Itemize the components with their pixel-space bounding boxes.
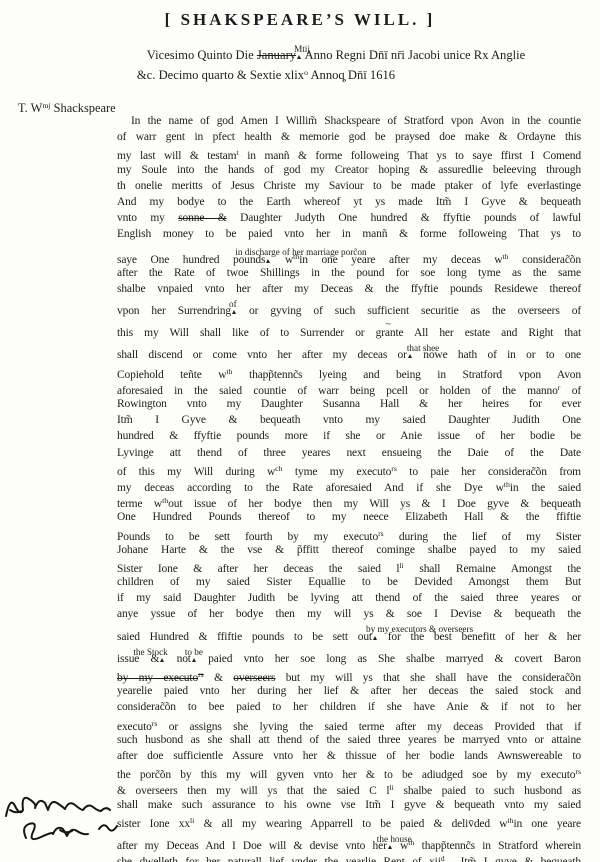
will-text-line: of this my Will during wch tyme my execu… [117, 461, 581, 477]
will-text-line: And my bodye to the Earth whereof yt ys … [117, 194, 581, 210]
superscript-text: d [441, 854, 445, 862]
will-text-line: children of my saied Sister Equallie to … [117, 574, 581, 590]
superscript-text: rs [152, 719, 158, 728]
struck-out-text: January [257, 48, 296, 62]
will-text-line: Pounds to be sett fourth by my executors… [117, 526, 581, 542]
will-text-line: shall make such assurance to his owne vs… [117, 797, 581, 813]
date-heading-line-2: &c. Decimo quarto & Sextie xlixo Annoq̧ … [0, 64, 566, 82]
will-text-line: aforesaied in the saied countie of warr … [117, 380, 581, 396]
struck-out-text: by my executo [117, 672, 198, 684]
superscript-text: mj [42, 101, 50, 110]
will-text-line: terme wthout issue of her bodye then my … [117, 493, 581, 509]
superscript-text: rs [391, 464, 397, 473]
will-text-line: she dwelleth for her naturall lief vnder… [117, 851, 581, 862]
superscript-text: o [304, 68, 308, 77]
superscript-text: th [162, 496, 168, 505]
date-heading: Vicesimo Quinto Die JanuaryMtij Anno Reg… [0, 46, 600, 82]
interlinear-text: of [229, 299, 237, 309]
superscript-text: rs [378, 529, 384, 538]
interlinear-text: the house [377, 834, 412, 844]
will-text-line: In the name of god Amen I Willim̃ Shacks… [117, 113, 581, 129]
caret-icon [192, 658, 196, 662]
interlinear-text: the Stock [133, 647, 167, 657]
will-text-line: saye One hundred poundsin discharge of h… [117, 249, 581, 265]
interlinear-text: that shee [407, 343, 439, 353]
will-text-line: executors or assigns she lyving the saie… [117, 716, 581, 732]
will-text-line: Lyvinge att thend of three yeares next e… [117, 445, 581, 461]
will-text-line: Rowington vnto my Daughter Susanna Hall … [117, 396, 581, 412]
handwritten-margin-note [0, 784, 120, 860]
will-text-line: Copiehold teñte wth thapp̃tennc̃s lyeing… [117, 364, 581, 380]
caret-icon [266, 259, 270, 263]
interlinear-insertion: by my executors & overseers [372, 629, 378, 645]
will-text-line: issue &the Stock notto be paied vnto her… [117, 651, 581, 667]
will-text-line: the porc̃õn by this my will gyven vnto h… [117, 764, 581, 780]
will-text-line: Itm̃ I Gyve & bequeath vnto my saied Dau… [117, 412, 581, 428]
caret-icon [408, 354, 412, 358]
document-title: [ SHAKSPEARE’S WILL. ] [0, 10, 600, 30]
date-heading-line-1: Vicesimo Quinto Die JanuaryMtij Anno Reg… [36, 46, 600, 64]
interlinear-insertion: the Stock [159, 651, 165, 667]
superscript-text: th [502, 252, 508, 261]
struck-out-text: sonne & [178, 212, 226, 224]
handwriting-scrawl-icon [0, 784, 120, 860]
caret-icon [373, 636, 377, 640]
interlinear-insertion: to be [191, 651, 197, 667]
will-body-text: In the name of god Amen I Willim̃ Shacks… [117, 113, 581, 862]
superscript-text: th [504, 480, 510, 489]
interlinear-insertion: of [231, 303, 237, 319]
will-text-line: anye yssue of her bodye then my will ys … [117, 606, 581, 622]
will-text-line: English money to be paied vnto her in ma… [117, 226, 581, 242]
will-text-line: vnto my sonne & Daughter Judyth One hund… [117, 210, 581, 226]
will-text-line: considerac̃õn to bee paied to her childr… [117, 699, 581, 715]
struck-out-text: overseers [233, 672, 275, 684]
caret-icon [388, 845, 392, 849]
will-text-line: hundred & ffyftie pounds more if she or … [117, 428, 581, 444]
superscript-text: th [226, 367, 232, 376]
will-text-line: after the Rate of twoe Shillings in the … [117, 265, 581, 281]
superscript-text: li [190, 816, 194, 825]
interlinear-text: to be [185, 647, 203, 657]
will-text-line: by my executors & overseers but my will … [117, 667, 581, 683]
superscript-text: li [389, 783, 393, 792]
abbreviation-mark-text: an [385, 327, 396, 339]
interlinear-text: Mtij [294, 44, 310, 54]
struck-superscript: rs [198, 670, 204, 679]
will-text-line: this my Will shall like of to Surrender … [117, 325, 581, 341]
superscript-text: rs [575, 767, 581, 776]
will-text-line: shalbe vnpaied vnto her after my Deceas … [117, 281, 581, 297]
will-text-line: such husbond as she shall att thend of t… [117, 732, 581, 748]
testator-attribution: T. Wmj Shackspeare [18, 101, 116, 116]
superscript-text: r [558, 383, 561, 392]
will-text-line: Johane Harte & the vse & p̃ffitt thereof… [117, 542, 581, 558]
will-text-line: yearelie paied vnto her during her lief … [117, 683, 581, 699]
will-text-line: my last will & testamt in manñ & forme f… [117, 145, 581, 161]
superscript-text: ch [275, 464, 282, 473]
will-text-line: after doe sufficientle Assure vnto her &… [117, 748, 581, 764]
will-text-line: if my said Daughter Judith be lyving att… [117, 590, 581, 606]
will-text-line: th onelie meritts of Jesus Christe my Sa… [117, 178, 581, 194]
will-text-line: my deceas according to the Rate aforesai… [117, 477, 581, 493]
caret-icon [160, 658, 164, 662]
superscript-text: li [399, 561, 403, 570]
interlinear-text: by my executors & overseers [366, 624, 473, 634]
will-text-line: vpon her Surrendringof or gyving of such… [117, 303, 581, 319]
will-text-line: shall discend or come vnto her after my … [117, 347, 581, 363]
will-text-line: Sister Ione & after her deceas the saied… [117, 558, 581, 574]
interlinear-insertion: Mtij [296, 46, 302, 64]
will-text-line: & overseers then my will ys that the sai… [117, 780, 581, 796]
will-text-line: after my Deceas And I Doe will & devise … [117, 835, 581, 851]
interlinear-text: in discharge of her marriage porc̃on [235, 247, 366, 257]
superscript-text: t [236, 148, 238, 157]
will-text-line: of warr gent in pfect health & memorie g… [117, 129, 581, 145]
interlinear-insertion: that shee [407, 347, 413, 363]
will-text-line: One Hundred Pounds thereof to my neece E… [117, 509, 581, 525]
will-text-line: my Soule into the hands of god my Creato… [117, 162, 581, 178]
will-text-line: sister Ione xxli & all my wearing Apparr… [117, 813, 581, 829]
caret-icon [297, 55, 301, 59]
caret-icon [232, 310, 236, 314]
will-text-line: saied Hundred & ffiftie pounds to be set… [117, 629, 581, 645]
superscript-text: th [507, 816, 513, 825]
document-page: [ SHAKSPEARE’S WILL. ] Vicesimo Quinto D… [0, 0, 600, 862]
